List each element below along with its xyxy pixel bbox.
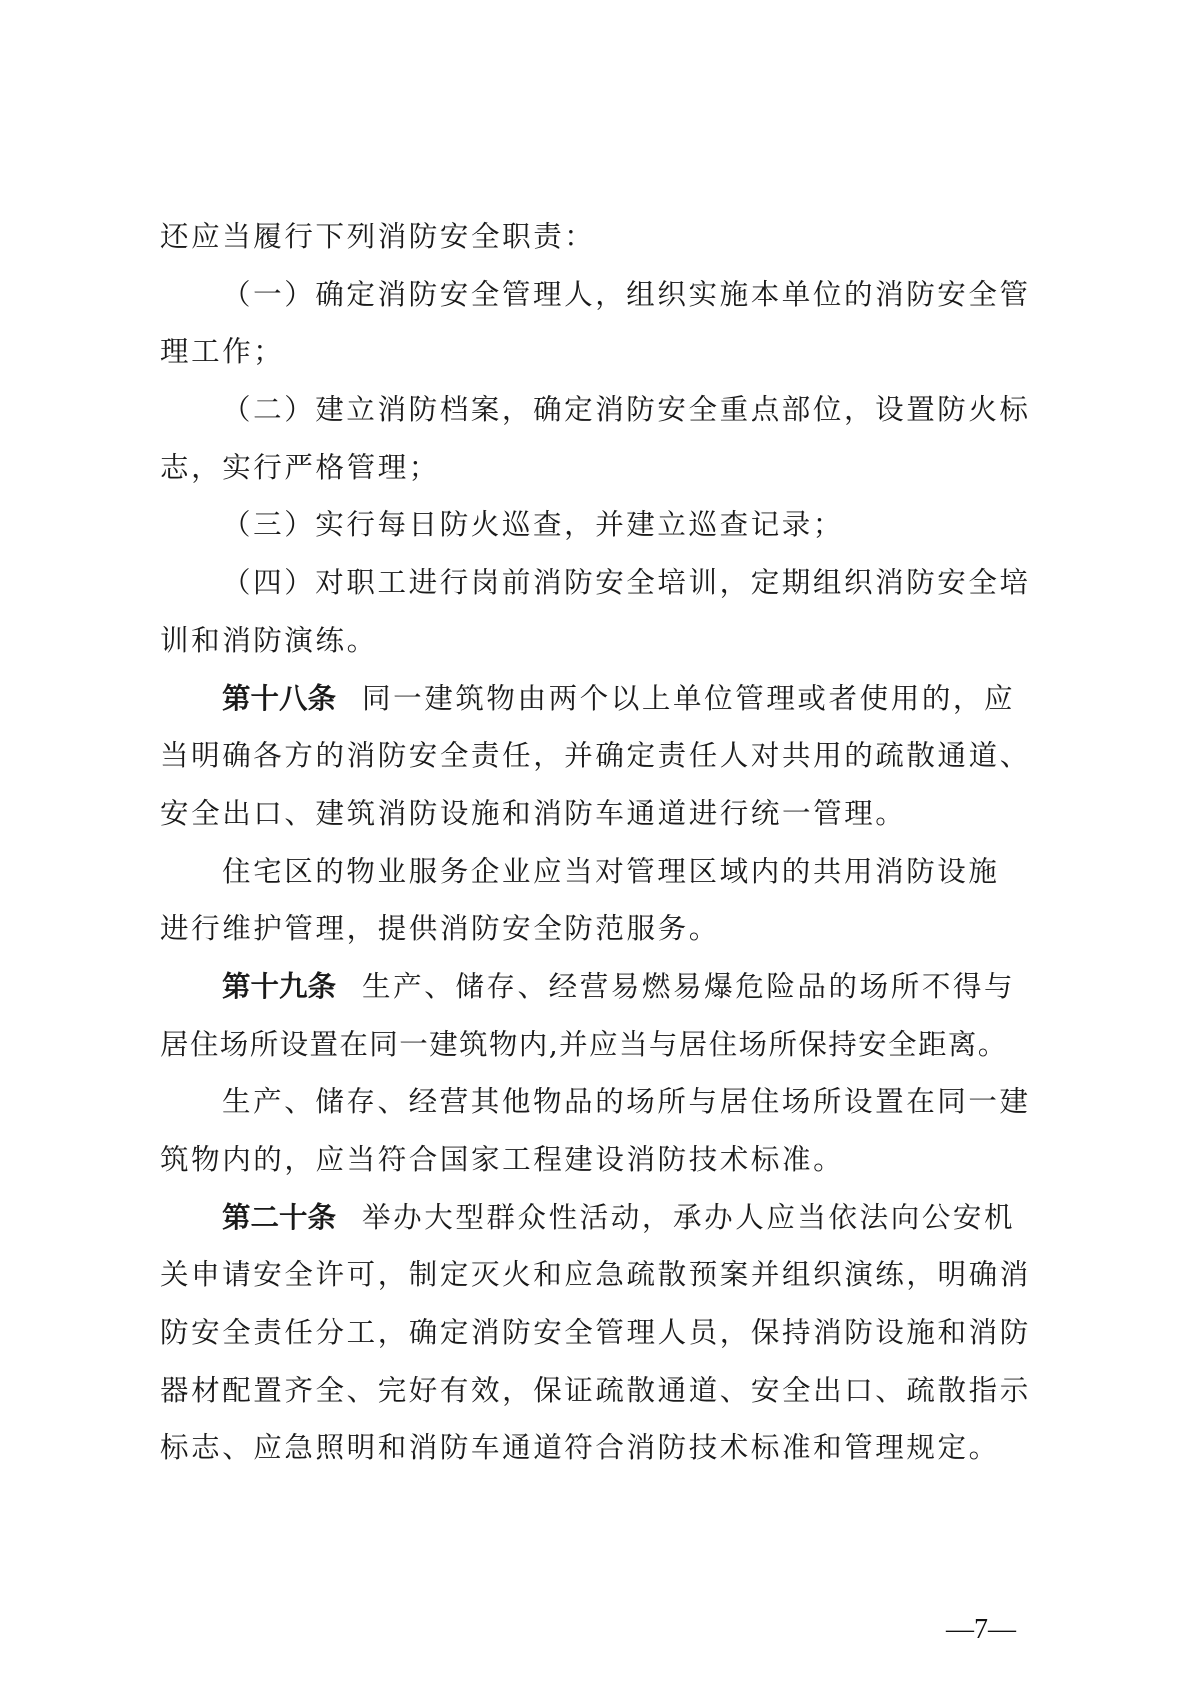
text-line: 标志、应急照明和消防车通道符合消防技术标准和管理规定。 — [160, 1419, 1036, 1477]
page-number: —7— — [946, 1614, 1016, 1646]
text-line: 还应当履行下列消防安全职责： — [160, 208, 1036, 266]
text-line: 举办大型群众性活动，承办人应当依法向公安机 — [362, 1201, 1015, 1234]
text-line: （四）对职工进行岗前消防安全培训，定期组织消防安全培 — [160, 554, 1036, 612]
text-line: 志，实行严格管理； — [160, 439, 1036, 497]
text-line: （一）确定消防安全管理人，组织实施本单位的消防安全管 — [160, 266, 1036, 324]
text-line: 器材配置齐全、完好有效，保证疏散通道、安全出口、疏散指示 — [160, 1362, 1036, 1420]
article-20-line: 第二十条举办大型群众性活动，承办人应当依法向公安机 — [160, 1189, 1036, 1247]
text-line: 训和消防演练。 — [160, 612, 1036, 670]
text-line: 居住场所设置在同一建筑物内,并应当与居住场所保持安全距离。 — [160, 1016, 1036, 1074]
document-body: 还应当履行下列消防安全职责： （一）确定消防安全管理人，组织实施本单位的消防安全… — [160, 208, 1036, 1477]
article-19-line: 第十九条生产、储存、经营易燃易爆危险品的场所不得与 — [160, 958, 1036, 1016]
text-line: 防安全责任分工，确定消防安全管理人员，保持消防设施和消防 — [160, 1304, 1036, 1362]
text-line: 安全出口、建筑消防设施和消防车通道进行统一管理。 — [160, 785, 1036, 843]
text-line: 理工作； — [160, 323, 1036, 381]
text-line: 同一建筑物由两个以上单位管理或者使用的，应 — [362, 682, 1015, 715]
text-line: 关申请安全许可，制定灭火和应急疏散预案并组织演练，明确消 — [160, 1246, 1036, 1304]
article-heading: 第十八条 — [222, 682, 336, 715]
text-line: 住宅区的物业服务企业应当对管理区域内的共用消防设施 — [160, 843, 1036, 901]
text-line: 生产、储存、经营其他物品的场所与居住场所设置在同一建 — [160, 1073, 1036, 1131]
text-line: 生产、储存、经营易燃易爆危险品的场所不得与 — [362, 970, 1015, 1003]
text-line: 当明确各方的消防安全责任，并确定责任人对共用的疏散通道、 — [160, 727, 1036, 785]
article-18-line: 第十八条同一建筑物由两个以上单位管理或者使用的，应 — [160, 670, 1036, 728]
article-heading: 第十九条 — [222, 970, 336, 1003]
text-line: 进行维护管理，提供消防安全防范服务。 — [160, 900, 1036, 958]
text-line: （二）建立消防档案，确定消防安全重点部位，设置防火标 — [160, 381, 1036, 439]
article-heading: 第二十条 — [222, 1201, 336, 1234]
text-line: 筑物内的，应当符合国家工程建设消防技术标准。 — [160, 1131, 1036, 1189]
text-line: （三）实行每日防火巡查，并建立巡查记录； — [160, 496, 1036, 554]
